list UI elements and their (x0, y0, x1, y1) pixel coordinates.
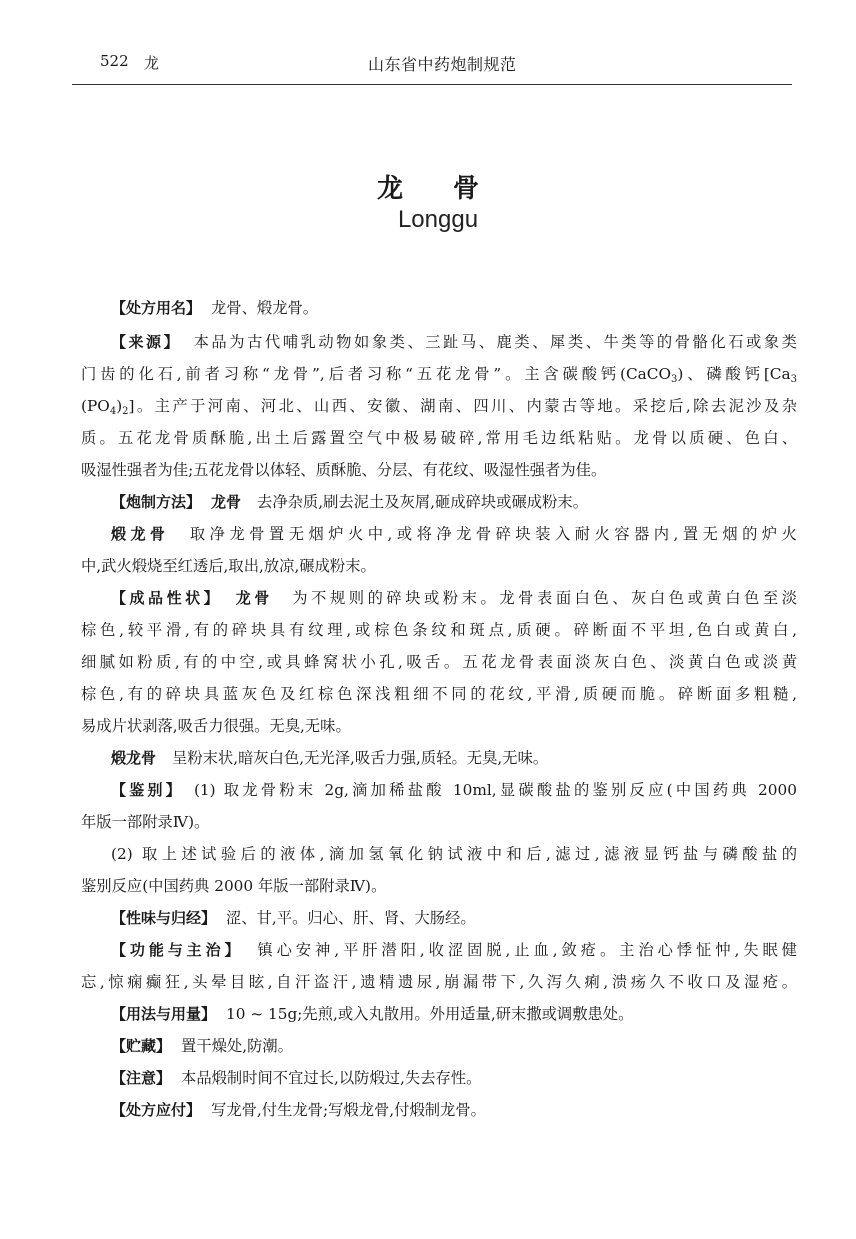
running-head-character: 龙 (144, 52, 159, 73)
section-label: 【成品性状】 (111, 589, 222, 607)
section-usage: 【用法与用量】10 ~ 15g;先煎,或入丸散用。外用适量,研末撒或调敷患处。 (111, 1004, 633, 1024)
section-label: 【处方应付】 (111, 1101, 201, 1119)
section-source: 【来源】本品为古代哺乳动物如象类、三趾马、鹿类、犀类、牛类等的骨骼化石或象类 (111, 332, 797, 352)
section-nature: 【性味与归经】涩、甘,平。归心、肝、肾、大肠经。 (111, 908, 476, 928)
section-processing: 【炮制方法】龙骨去净杂质,刷去泥土及灰屑,砸成碎块或碾成粉末。 (111, 492, 588, 512)
source-line: 质。五花龙骨质酥脆,出土后露置空气中极易破碎,常用毛边纸粘贴。龙骨以质硬、色白、 (81, 428, 797, 448)
section-label: 【功能与主治】 (111, 941, 243, 959)
section-rx-name: 【处方用名】龙骨、煅龙骨。 (111, 298, 318, 318)
section-caution: 【注意】本品煅制时间不宜过长,以防煅过,失去存性。 (111, 1068, 481, 1088)
section-storage: 【贮藏】置干燥处,防潮。 (111, 1036, 293, 1056)
entry-title-char-1: 龙 (377, 168, 403, 205)
section-label: 【贮藏】 (111, 1037, 171, 1055)
section-label: 【注意】 (111, 1069, 171, 1087)
source-line: (PO4)2]。主产于河南、河北、山西、安徽、湖南、四川、内蒙古等地。采挖后,除… (81, 396, 797, 416)
processing-line: 中,武火煅烧至红透后,取出,放凉,碾成粉末。 (81, 556, 376, 576)
entry-title-char-2: 骨 (453, 168, 479, 205)
section-label: 【用法与用量】 (111, 1005, 216, 1023)
character-calcined: 煅龙骨呈粉末状,暗灰白色,无光泽,吸舌力强,质轻。无臭,无味。 (111, 748, 548, 768)
subheading: 龙骨 (232, 589, 273, 607)
document-page: 522 龙 山东省中药炮制规范 龙骨 Longgu 【处方用名】龙骨、煅龙骨。 … (0, 0, 856, 1239)
character-line: 易成片状剥落,吸舌力很强。无臭,无味。 (81, 716, 351, 736)
section-character: 【成品性状】龙骨为不规则的碎块或粉末。龙骨表面白色、灰白色或黄白色至淡 (111, 588, 797, 608)
character-line: 棕色,较平滑,有的碎块具有纹理,或棕色条纹和斑点,质硬。碎断面不平坦,色白或黄白… (81, 620, 797, 640)
source-line: 吸湿性强者为佳;五花龙骨以体轻、质酥脆、分层、有花纹、吸湿性强者为佳。 (81, 460, 606, 480)
subheading: 煅龙骨 (111, 749, 156, 767)
section-function: 【功能与主治】镇心安神,平肝潜阳,收涩固脱,止血,敛疮。主治心悸怔忡,失眠健 (111, 940, 797, 960)
section-label: 【炮制方法】 (111, 493, 201, 511)
section-identification: 【鉴别】(1) 取龙骨粉末 2g,滴加稀盐酸 10ml,显碳酸盐的鉴别反应(中国… (111, 780, 797, 800)
header-rule (72, 84, 792, 85)
entry-pinyin: Longgu (0, 206, 856, 234)
section-label: 【来源】 (111, 333, 181, 351)
character-line: 棕色,有的碎块具蓝灰色及红棕色深浅粗细不同的花纹,平滑,质硬而脆。碎断面多粗糙, (81, 684, 797, 704)
identification-line: 鉴别反应(中国药典 2000 年版一部附录Ⅳ)。 (81, 876, 386, 896)
processing-calcined: 煅龙骨取净龙骨置无烟炉火中,或将净龙骨碎块装入耐火容器内,置无烟的炉火 (111, 524, 797, 544)
identification-line: (2) 取上述试验后的液体,滴加氢氧化钠试液中和后,滤过,滤液显钙盐与磷酸盐的 (111, 844, 797, 864)
section-text: 本品为古代哺乳动物如象类、三趾马、鹿类、犀类、牛类等的骨骼化石或象类 (191, 333, 797, 351)
running-header: 522 龙 山东省中药炮制规范 (78, 52, 798, 74)
section-text: 龙骨、煅龙骨。 (211, 299, 318, 317)
page-number: 522 (100, 52, 129, 70)
subheading: 煅龙骨 (111, 525, 169, 543)
entry-title: 龙骨 (0, 168, 856, 205)
section-label: 【处方用名】 (111, 299, 201, 317)
source-line: 门齿的化石,前者习称“龙骨”,后者习称“五花龙骨”。主含碳酸钙(CaCO3)、磷… (81, 364, 797, 384)
section-dispensing: 【处方应付】写龙骨,付生龙骨;写煅龙骨,付煅制龙骨。 (111, 1100, 486, 1120)
character-line: 细腻如粉质,有的中空,或具蜂窝状小孔,吸舌。五花龙骨表面淡灰白色、淡黄白色或淡黄 (81, 652, 797, 672)
section-label: 【性味与归经】 (111, 909, 216, 927)
identification-line: 年版一部附录Ⅳ)。 (81, 812, 209, 832)
function-line: 忘,惊痫癫狂,头晕目眩,自汗盗汗,遗精遗尿,崩漏带下,久泻久痢,溃疡久不收口及湿… (81, 972, 797, 992)
section-label: 【鉴别】 (111, 781, 184, 799)
book-title: 山东省中药炮制规范 (368, 52, 517, 75)
subheading: 龙骨 (211, 493, 241, 511)
